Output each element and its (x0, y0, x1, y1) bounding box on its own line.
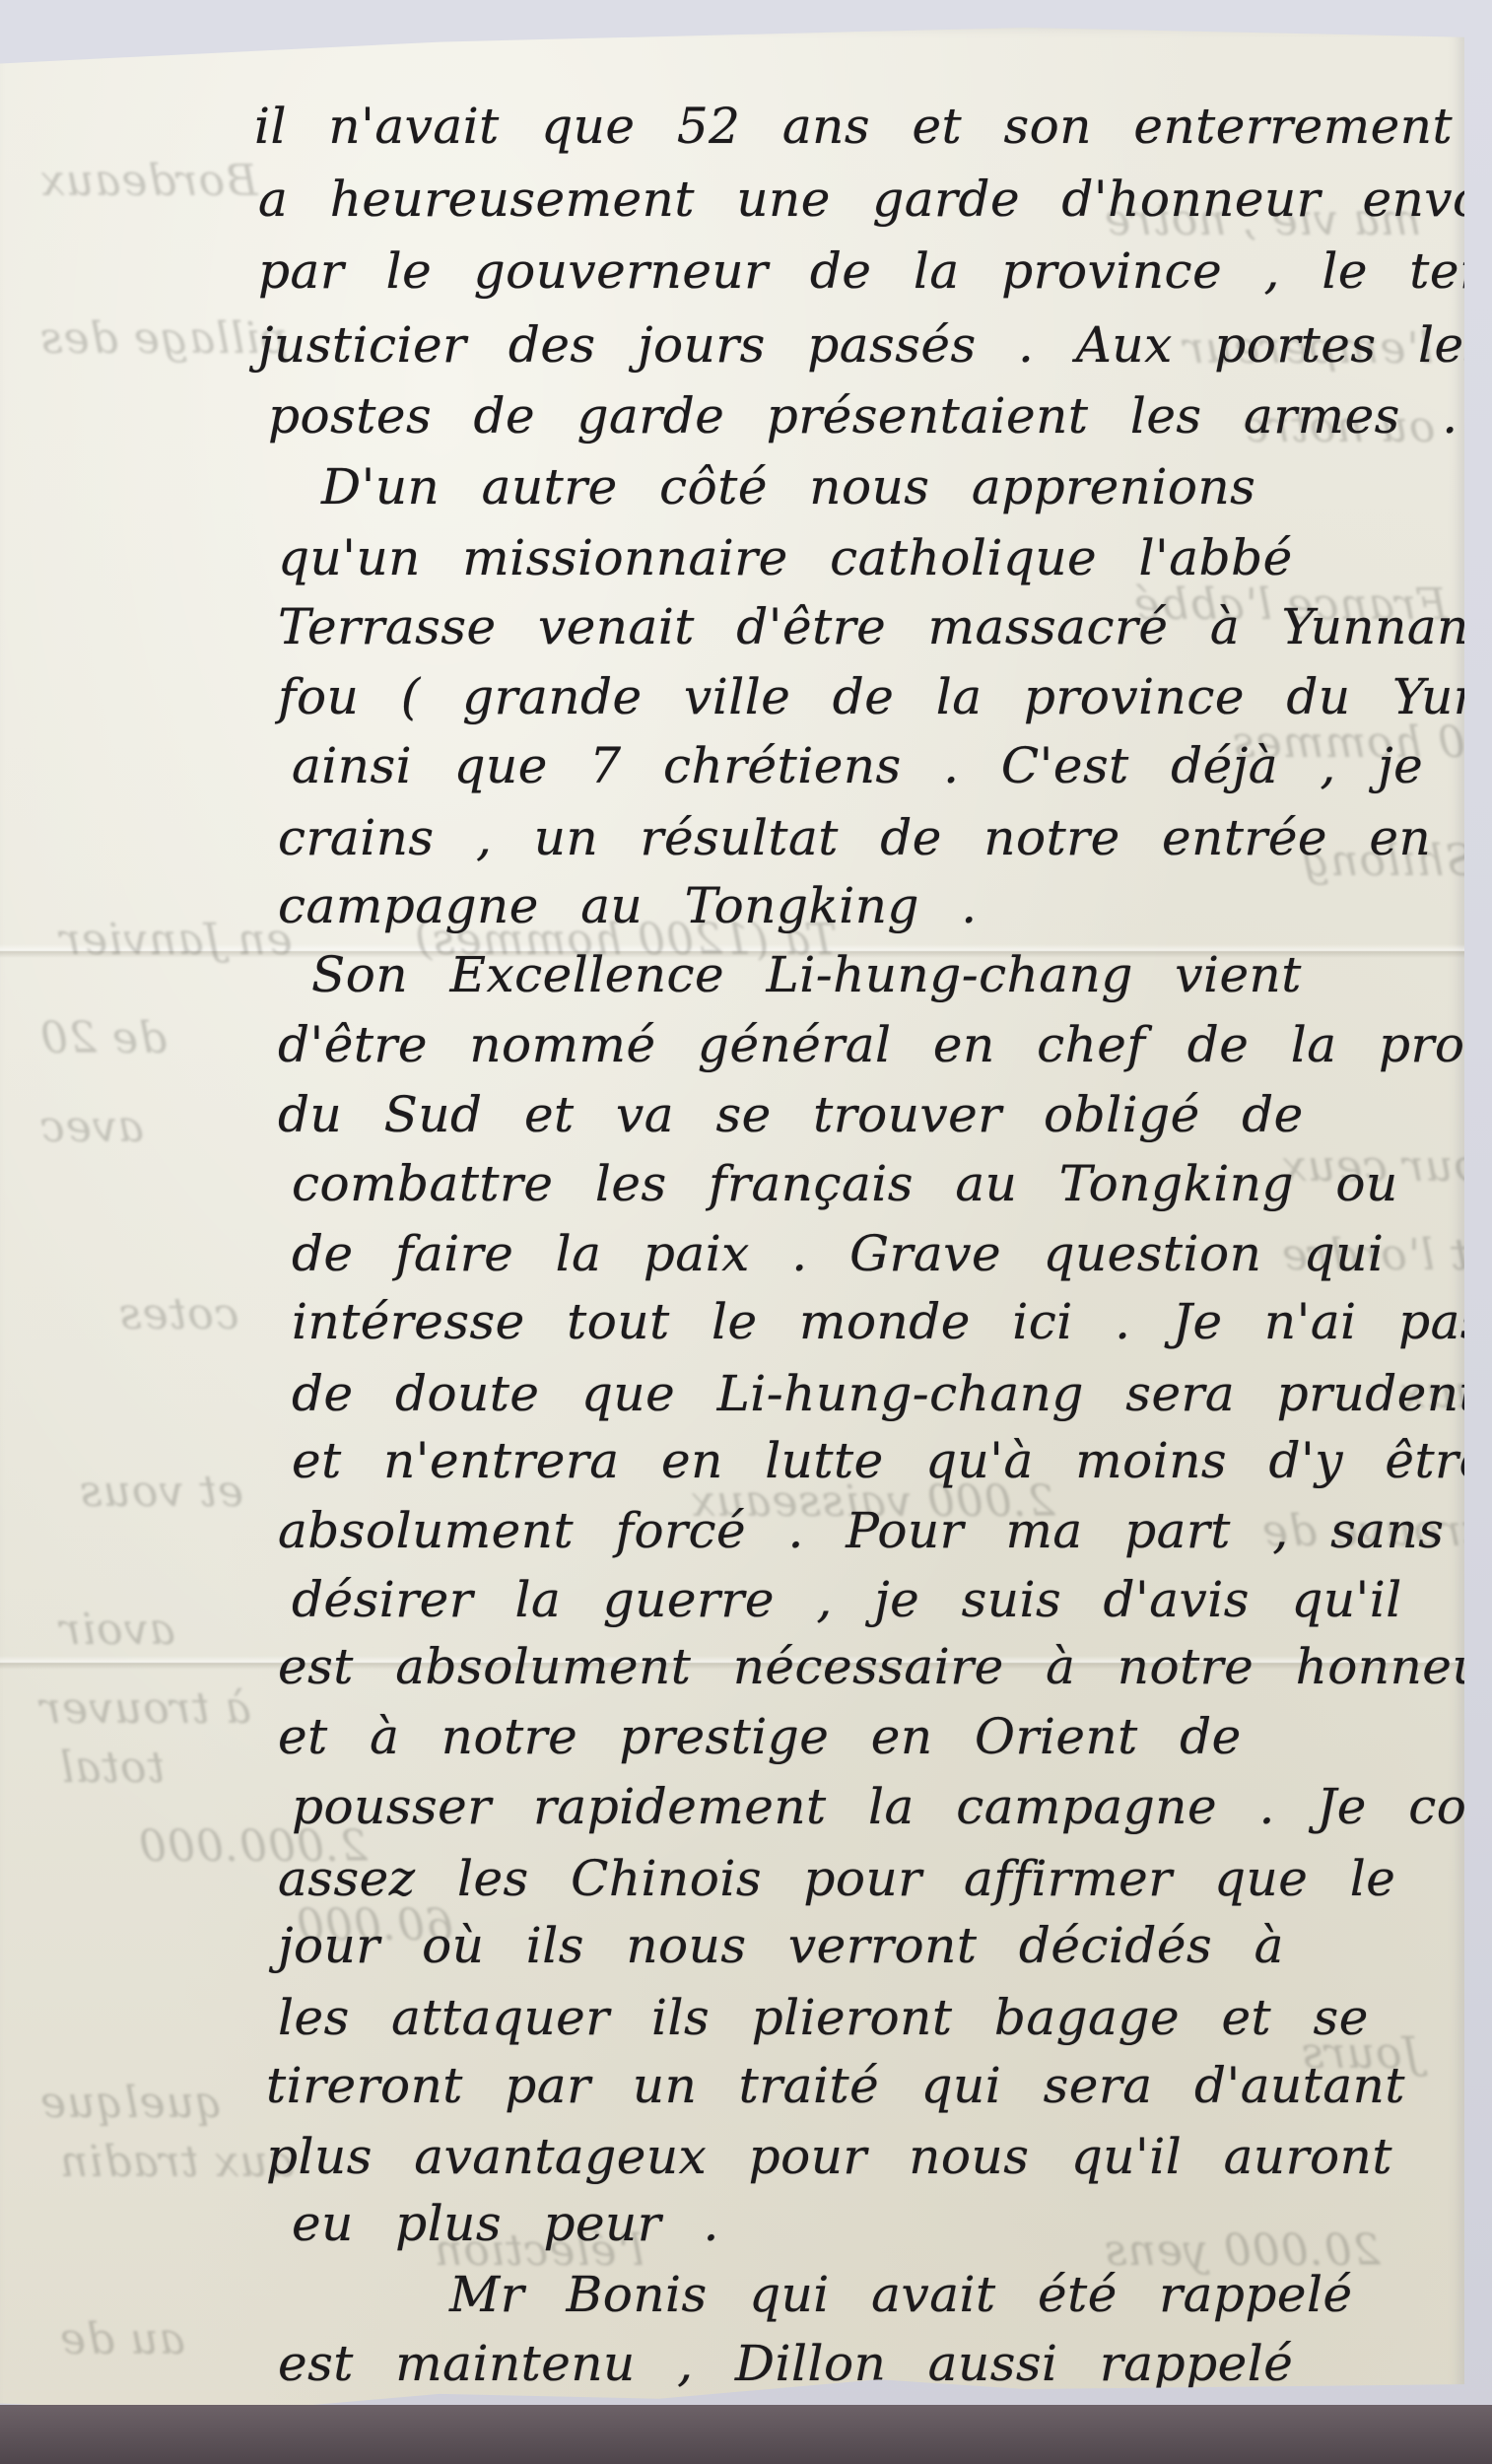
bleed-through-text: en Janvier (59, 915, 293, 965)
handwritten-line: postes de garde présentaient les armes . (268, 386, 1458, 445)
handwritten-line: pousser rapidement la campagne . Je conn… (292, 1777, 1492, 1836)
handwritten-line: ainsi que 7 chrétiens . C'est déjà , je … (292, 736, 1492, 795)
bleed-through-text: à trouver (39, 1683, 251, 1734)
handwritten-line: justicier des jours passés . Aux portes … (258, 315, 1490, 375)
table-shadow (0, 2405, 1492, 2464)
bleed-through-text: avoir (59, 1605, 175, 1655)
bleed-through-text: cotes (118, 1289, 238, 1339)
bleed-through-text: pillage des (39, 313, 289, 364)
handwritten-line: de faire la paix . Grave question qui (292, 1224, 1384, 1283)
handwritten-line: Mr Bonis qui avait été rappelé (449, 2265, 1353, 2324)
photo-scene: Bordeauxma vie , notrepillage desl'emper… (0, 0, 1492, 2464)
handwritten-line: fou ( grande ville de la province du Yun… (278, 667, 1492, 726)
handwritten-line: absolument forcé . Pour ma part , sans (278, 1501, 1444, 1560)
handwritten-line: du Sud et va se trouver obligé de (278, 1085, 1304, 1144)
handwritten-line: Son Excellence Li-hung-chang vient (311, 945, 1302, 1004)
handwritten-line: plus avantageux pour nous qu'il auront (266, 2127, 1392, 2186)
handwritten-line: eu plus peur . (292, 2194, 719, 2253)
handwritten-line: de doute que Li-hung-chang sera prudent (292, 1364, 1479, 1423)
bleed-through-text: avec (39, 1102, 144, 1152)
handwritten-line: D'un autre côté nous apprenions (321, 457, 1255, 516)
handwritten-line: crains , un résultat de notre entrée en (278, 808, 1431, 867)
bleed-through-text: total (59, 1743, 165, 1793)
handwritten-line: désirer la guerre , je suis d'avis qu'il (292, 1570, 1402, 1629)
bleed-through-text: au de (59, 2314, 185, 2364)
handwritten-line: les attaquer ils plieront bagage et se (278, 1988, 1369, 2047)
handwritten-line: assez les Chinois pour affirmer que le (278, 1849, 1395, 1908)
handwritten-line: d'être nommé général en chef de la provi… (278, 1015, 1492, 1074)
handwritten-line: jour où ils nous verront décidés à (278, 1916, 1284, 1975)
bleed-through-text: quelque (39, 2078, 223, 2128)
bleed-through-text: aux tradin (59, 2137, 295, 2187)
bleed-through-text: et vous (79, 1467, 243, 1517)
handwritten-line: intéresse tout le monde ici . Je n'ai pa… (292, 1292, 1486, 1351)
handwritten-line: et à notre prestige en Orient de (278, 1707, 1242, 1766)
handwritten-line: a heureusement une garde d'honneur envoy… (258, 170, 1492, 229)
bleed-through-text: de 20 (39, 1013, 167, 1063)
letter-page: Bordeauxma vie , notrepillage desl'emper… (0, 28, 1464, 2423)
bleed-through-text: Bordeaux (39, 156, 257, 206)
handwritten-line: combattre les français au Tongking ou (292, 1154, 1398, 1213)
handwritten-line: est maintenu , Dillon aussi rappelé (278, 2334, 1293, 2393)
handwritten-line: campagne au Tongking . (278, 876, 978, 935)
handwritten-line: il n'avait que 52 ans et son enterrement (254, 97, 1453, 156)
handwritten-line: et n'entrera en lutte qu'à moins d'y êtr… (292, 1431, 1489, 1490)
handwritten-line: qu'un missionnaire catholique l'abbé (278, 528, 1293, 587)
handwritten-line: Terrasse venait d'être massacré à Yunnan (278, 597, 1469, 656)
handwritten-line: est absolument nécessaire à notre honneu… (278, 1637, 1492, 1696)
handwritten-line: tireront par un traité qui sera d'autant (266, 2056, 1405, 2115)
handwritten-line: par le gouverneur de la province , le te… (258, 241, 1492, 301)
